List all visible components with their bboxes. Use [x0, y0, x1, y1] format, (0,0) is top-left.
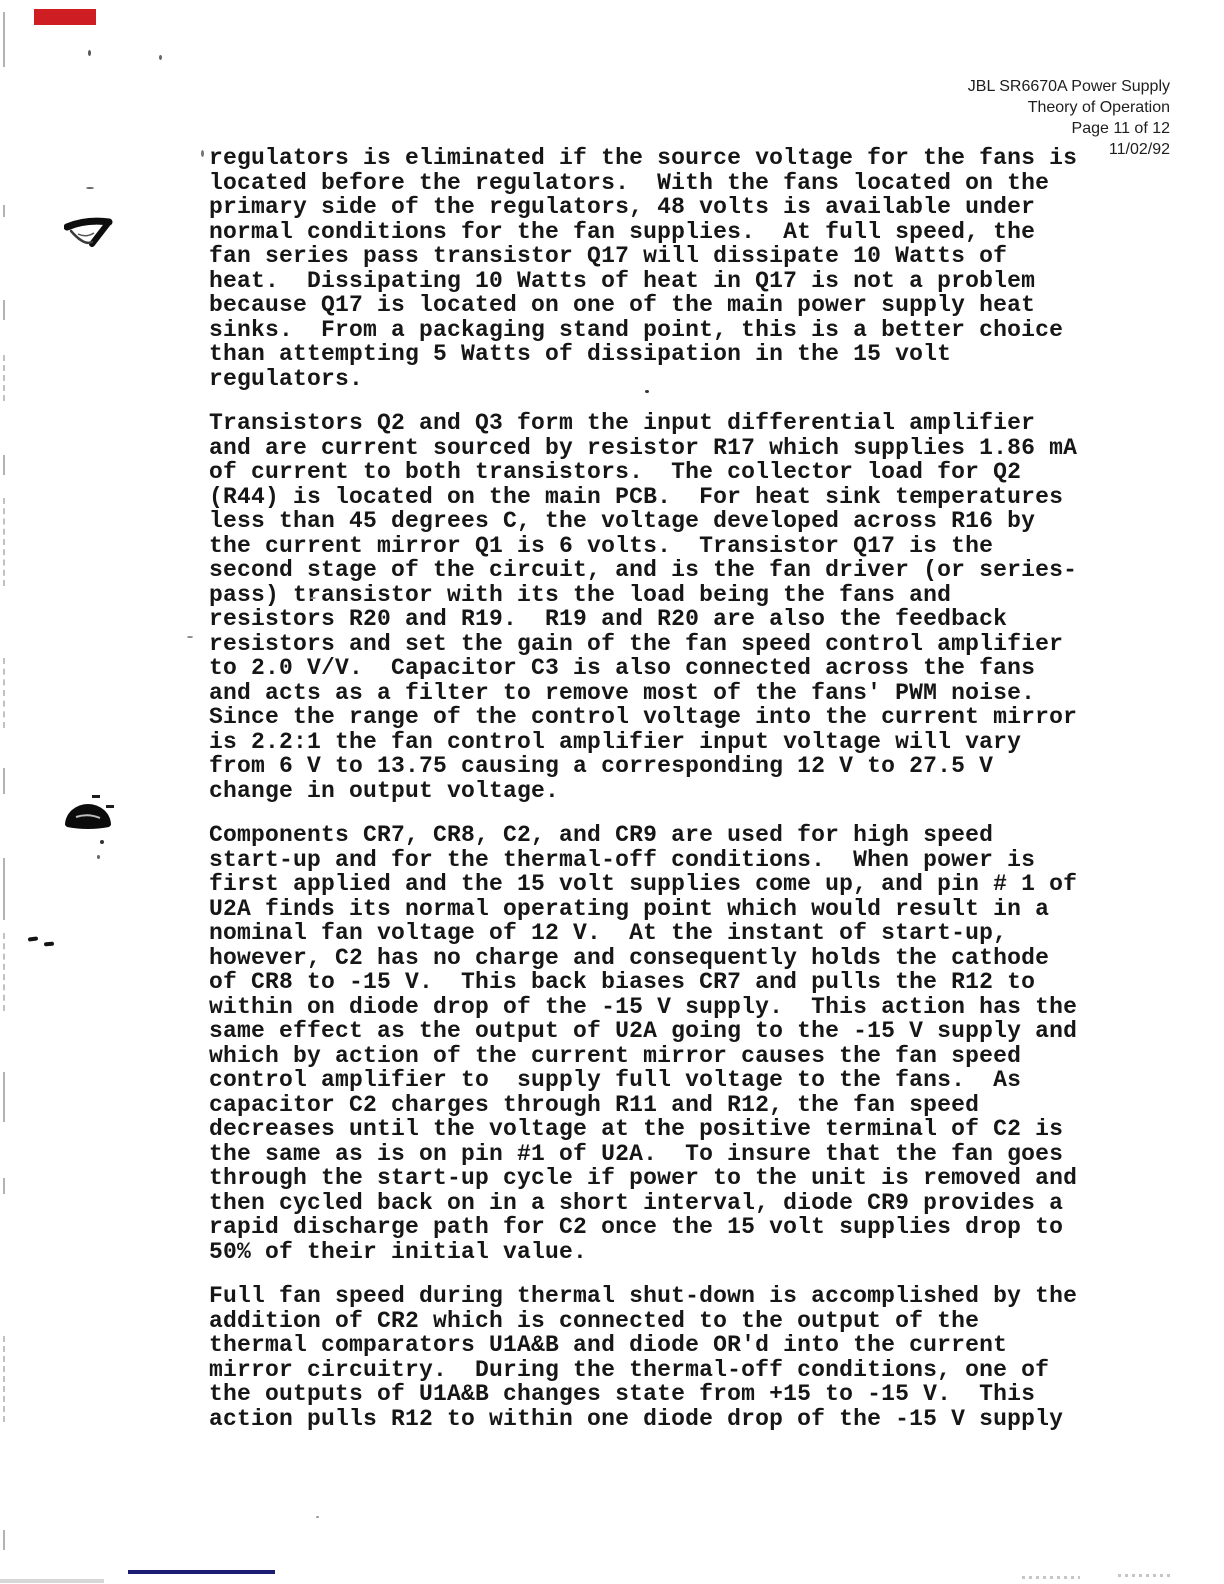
- scan-edge-artifact: [3, 355, 5, 401]
- red-margin-mark: [34, 9, 96, 25]
- ink-speck: [97, 855, 100, 859]
- header-doc-title: Theory of Operation: [968, 97, 1170, 118]
- scan-edge-artifact: [3, 768, 5, 794]
- scan-edge-artifact: [3, 455, 5, 475]
- pen-dash-mark: [28, 936, 38, 941]
- scan-edge-artifact: [3, 933, 5, 1011]
- paragraph-3: Components CR7, CR8, C2, and CR9 are use…: [209, 823, 1119, 1264]
- toner-speck: [310, 597, 316, 599]
- scanned-document-page: JBL SR6670A Power Supply Theory of Opera…: [0, 0, 1224, 1584]
- toner-speck: [88, 50, 91, 56]
- header-page-number: Page 11 of 12: [968, 118, 1170, 139]
- scan-edge-smudge: [0, 1579, 104, 1583]
- blue-underline-mark: [128, 1570, 275, 1574]
- scan-noise: [1118, 1574, 1170, 1577]
- scan-edge-artifact: [3, 858, 5, 920]
- scan-noise: [1022, 1576, 1080, 1579]
- document-body: regulators is eliminated if the source v…: [209, 146, 1119, 1451]
- paragraph-2: Transistors Q2 and Q3 form the input dif…: [209, 411, 1119, 803]
- paragraph-1: regulators is eliminated if the source v…: [209, 146, 1119, 391]
- toner-speck: [86, 187, 94, 189]
- toner-speck: [316, 1516, 319, 1518]
- scan-edge-artifact: [3, 300, 5, 320]
- scan-edge-artifact: [3, 1530, 5, 1550]
- scan-edge-artifact: [3, 1072, 5, 1122]
- scan-edge-artifact: [3, 498, 5, 586]
- scan-edge-artifact: [3, 12, 5, 67]
- toner-speck: [187, 636, 193, 638]
- toner-speck: [645, 390, 649, 393]
- toner-speck: [159, 55, 162, 60]
- scan-edge-artifact: [3, 1178, 5, 1194]
- scan-edge-artifact: [3, 658, 5, 728]
- scan-edge-artifact: [3, 1336, 5, 1422]
- handwritten-check-mark: [64, 214, 116, 252]
- scan-edge-artifact: [3, 205, 5, 217]
- pen-dash-mark: [44, 942, 54, 947]
- handwritten-dome-mark: [62, 795, 116, 831]
- header-product-line: JBL SR6670A Power Supply: [968, 76, 1170, 97]
- ink-speck: [100, 840, 104, 844]
- toner-speck: [201, 150, 204, 157]
- paragraph-4: Full fan speed during thermal shut-down …: [209, 1284, 1119, 1431]
